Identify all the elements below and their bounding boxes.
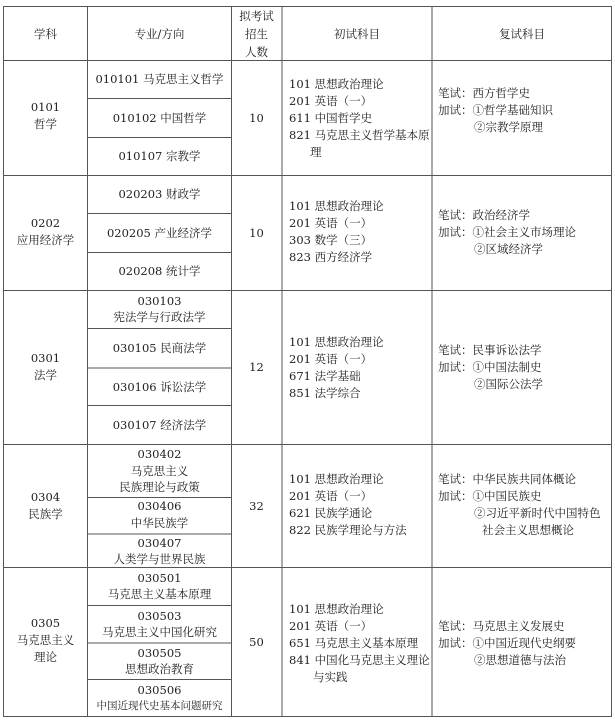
retest-extra-cont: 社会主义思想概论 [438,522,611,539]
retest-extra: ②宗教学原理 [438,119,611,136]
major-cell: 030506 中国近现代史基本问题研究 [88,680,231,717]
retest-written: 笔试：西方哲学史 [438,85,611,102]
header-quota-line: 人数 [232,43,281,61]
major-code: 030505 [88,645,231,661]
major-name: 思想政治教育 [88,661,231,677]
exam-subject: 201 英语（一） [289,618,431,635]
exam-subject: 621 民族学通论 [289,505,431,522]
retest-extra: 加试：①哲学基础知识 [438,102,611,119]
retest-cell: 笔试：中华民族共同体概论 加试：①中国民族史 ②习近平新时代中国特色 社会主义思… [433,445,611,567]
discipline-name: 民族学 [4,506,87,523]
discipline-name: 应用经济学 [4,232,87,249]
major-cell: 030505 思想政治教育 [88,644,231,679]
header-quota-line: 拟考试 [232,7,281,25]
major-cell: 020208 统计学 [88,253,231,290]
major-cell: 010107 宗教学 [88,138,231,175]
quota-cell: 32 [232,445,281,567]
exam-subject: 651 马克思主义基本原理 [289,635,431,652]
retest-cell: 笔试：马克思主义发展史 加试：①中国近现代史纲要 ②思想道德与法治 [433,568,611,717]
header-major: 专业/方向 [88,7,231,60]
retest-extra: 加试：①中国法制史 [438,359,611,376]
retest-cell: 笔试：政治经济学 加试：①社会主义市场理论 ②区域经济学 [433,176,611,290]
discipline-cell: 0202 应用经济学 [4,176,87,290]
major-name: 马克思主义中国化研究 [88,624,231,640]
exam-subject-cont: 理 [289,144,431,161]
retest-extra: ②区域经济学 [438,241,611,258]
quota-cell: 10 [232,176,281,290]
initial-exam-cell: 101 思想政治理论 201 英语（一） 651 马克思主义基本原理 841 中… [283,568,431,717]
retest-extra: 加试：①社会主义市场理论 [438,224,611,241]
exam-subject: 822 民族学理论与方法 [289,522,431,539]
major-name: 中国近现代史基本问题研究 [88,698,231,714]
header-initial-exam: 初试科目 [283,7,431,60]
discipline-name: 马克思主义 [4,632,87,649]
header-quota: 拟考试 招生 人数 [232,7,281,60]
discipline-cell: 0301 法学 [4,291,87,444]
header-retest: 复试科目 [433,7,611,60]
retest-cell: 笔试：西方哲学史 加试：①哲学基础知识 ②宗教学原理 [433,61,611,175]
retest-written: 笔试：民事诉讼法学 [438,342,611,359]
major-cell: 010102 中国哲学 [88,99,231,137]
exam-subject: 851 法学综合 [289,385,431,402]
retest-extra: ②国际公法学 [438,376,611,393]
header-quota-line: 招生 [232,25,281,43]
discipline-name: 哲学 [4,116,87,133]
major-cell: 030501 马克思主义基本原理 [88,568,231,605]
major-code: 030103 [88,293,231,309]
retest-extra: 加试：①中国近现代史纲要 [438,635,611,652]
exam-subject: 841 中国化马克思主义理论 [289,652,431,669]
discipline-cell: 0101 哲学 [4,61,87,175]
major-cell: 030406 中华民族学 [88,498,231,533]
major-code: 030506 [88,682,231,698]
major-cell: 030402 马克思主义 民族理论与政策 [88,445,231,497]
quota-cell: 10 [232,61,281,175]
quota-cell: 50 [232,568,281,717]
exam-subject: 303 数学（三） [289,232,431,249]
retest-extra: ②习近平新时代中国特色 [438,505,611,522]
exam-subject-cont: 与实践 [289,669,431,686]
major-cell: 020203 财政学 [88,176,231,213]
discipline-code: 0101 [4,99,87,116]
exam-subject: 101 思想政治理论 [289,76,431,93]
retest-extra: ②思想道德与法治 [438,652,611,669]
discipline-code: 0202 [4,215,87,232]
major-code: 030501 [88,570,231,586]
retest-written: 笔试：马克思主义发展史 [438,618,611,635]
discipline-code: 0301 [4,350,87,367]
exam-subject: 671 法学基础 [289,368,431,385]
major-code: 030407 [88,535,231,551]
major-code: 030503 [88,608,231,624]
exam-subject: 201 英语（一） [289,215,431,232]
discipline-name: 法学 [4,367,87,384]
retest-written: 笔试：政治经济学 [438,207,611,224]
initial-exam-cell: 101 思想政治理论 201 英语（一） 621 民族学通论 822 民族学理论… [283,445,431,567]
admissions-table: 学科 专业/方向 拟考试 招生 人数 初试科目 复试科目 0101 哲学 010… [3,6,612,717]
exam-subject: 611 中国哲学史 [289,110,431,127]
major-name: 马克思主义 [88,463,231,480]
exam-subject: 823 西方经济学 [289,249,431,266]
header-discipline: 学科 [4,7,87,60]
exam-subject: 101 思想政治理论 [289,198,431,215]
initial-exam-cell: 101 思想政治理论 201 英语（一） 611 中国哲学史 821 马克思主义… [283,61,431,175]
initial-exam-cell: 101 思想政治理论 201 英语（一） 671 法学基础 851 法学综合 [283,291,431,444]
initial-exam-cell: 101 思想政治理论 201 英语（一） 303 数学（三） 823 西方经济学 [283,176,431,290]
retest-cell: 笔试：民事诉讼法学 加试：①中国法制史 ②国际公法学 [433,291,611,444]
exam-subject: 201 英语（一） [289,488,431,505]
major-name: 人类学与世界民族 [88,551,231,567]
retest-written: 笔试：中华民族共同体概论 [438,471,611,488]
major-cell: 030105 民商法学 [88,329,231,367]
major-cell: 020205 产业经济学 [88,214,231,252]
exam-subject: 101 思想政治理论 [289,471,431,488]
exam-subject: 201 英语（一） [289,351,431,368]
major-code: 030406 [88,498,231,515]
major-code: 030402 [88,446,231,463]
major-name: 宪法学与行政法学 [88,309,231,325]
major-cell: 030106 诉讼法学 [88,369,231,405]
discipline-code: 0305 [4,615,87,632]
major-cell: 030107 经济法学 [88,406,231,444]
major-cell: 030407 人类学与世界民族 [88,535,231,567]
major-cell: 010101 马克思主义哲学 [88,61,231,98]
retest-extra: 加试：①中国民族史 [438,488,611,505]
major-name: 民族理论与政策 [88,479,231,496]
major-cell: 030103 宪法学与行政法学 [88,291,231,328]
exam-subject: 201 英语（一） [289,93,431,110]
discipline-name: 理论 [4,649,87,666]
major-cell: 030503 马克思主义中国化研究 [88,606,231,642]
discipline-code: 0304 [4,489,87,506]
major-name: 马克思主义基本原理 [88,586,231,602]
exam-subject: 101 思想政治理论 [289,334,431,351]
discipline-cell: 0305 马克思主义 理论 [4,568,87,717]
quota-cell: 12 [232,291,281,444]
exam-subject: 821 马克思主义哲学基本原 [289,127,431,144]
major-name: 中华民族学 [88,515,231,532]
discipline-cell: 0304 民族学 [4,445,87,567]
exam-subject: 101 思想政治理论 [289,601,431,618]
